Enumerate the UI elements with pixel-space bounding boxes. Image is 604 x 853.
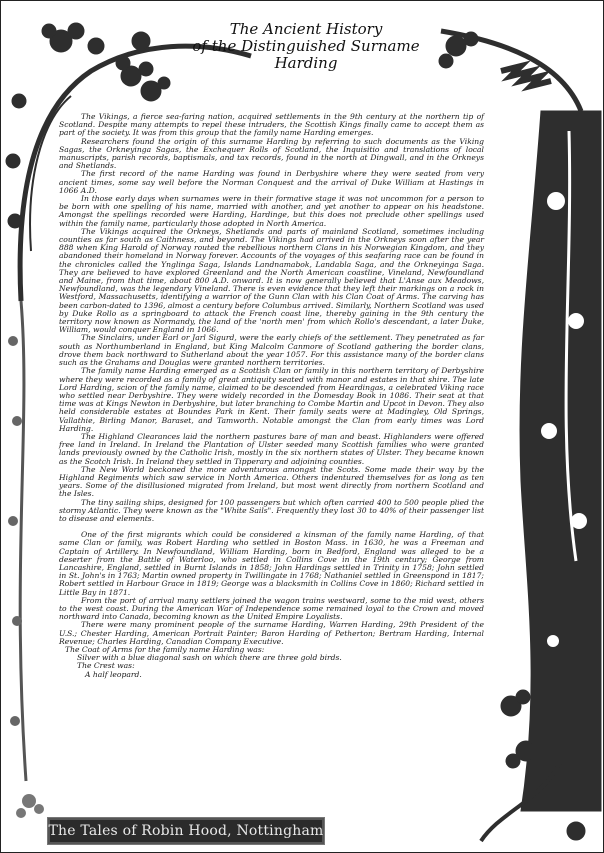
paragraph-sailing-ships: The tiny sailing ships, designed for 100… <box>59 499 484 524</box>
paragraph-researchers: Researchers found the origin of this sur… <box>59 138 484 171</box>
paragraph-family-emerged: The family name Harding emerged as a Sco… <box>59 367 484 433</box>
paragraph-first-migrants: One of the first migrants which could be… <box>59 531 484 597</box>
paragraph-vikings-intro: The Vikings, a fierce sea-faring nation,… <box>59 113 484 138</box>
publisher-banner: The Tales of Robin Hood, Nottingham <box>47 817 325 845</box>
paragraph-prominent-people: There were many prominent people of the … <box>59 621 484 646</box>
paragraph-new-world: The New World beckoned the more adventur… <box>59 466 484 499</box>
history-body: The Vikings, a fierce sea-faring nation,… <box>59 113 484 679</box>
crest-value: A half leopard. <box>59 671 484 679</box>
title-line-2: of the Distinguished Surname <box>151 38 461 55</box>
title-line-3: Harding <box>151 55 461 72</box>
title-line-1: The Ancient History <box>151 21 461 38</box>
paragraph-first-record: The first record of the name Harding was… <box>59 170 484 195</box>
paragraph-spellings: In those early days when surnames were i… <box>59 195 484 228</box>
paragraph-sinclairs: The Sinclairs, under Earl or Jarl Sigurd… <box>59 334 484 367</box>
paragraph-highland-clearances: The Highland Clearances laid the norther… <box>59 433 484 466</box>
document-title: The Ancient History of the Distinguished… <box>151 21 461 72</box>
certificate-page: The Ancient History of the Distinguished… <box>0 0 604 853</box>
paragraph-vikings-acquired: The Vikings acquired the Orkneys, Shetla… <box>59 228 484 335</box>
paragraph-port-of-arrival: From the port of arrival many settlers j… <box>59 597 484 622</box>
